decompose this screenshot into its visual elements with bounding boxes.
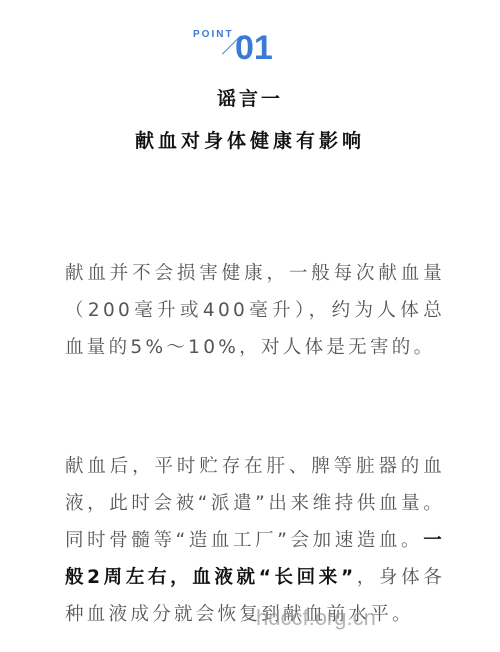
- watermark: hdccf.org.cn: [256, 605, 376, 631]
- point-label: POINT: [193, 29, 234, 40]
- paragraph-2: 献血后，平时贮存在肝、脾等脏器的血液，此时会被“派遣”出来维持供血量。同时骨髓等…: [65, 448, 445, 633]
- section-title: 谣言一 献血对身体健康有影响: [0, 84, 500, 156]
- rumor-label: 谣言一: [0, 84, 500, 114]
- point-number: 01: [235, 28, 273, 68]
- paragraph-2-text-a: 献血后，平时贮存在肝、脾等脏器的血液，此时会被“派遣”出来维持供血量。同时骨髓等…: [65, 456, 445, 551]
- point-badge: POINT 01: [193, 28, 293, 68]
- paragraph-1: 献血并不会损害健康，一般每次献血量（200毫升或400毫升），约为人体总血量的5…: [65, 255, 445, 366]
- rumor-heading: 献血对身体健康有影响: [0, 126, 500, 156]
